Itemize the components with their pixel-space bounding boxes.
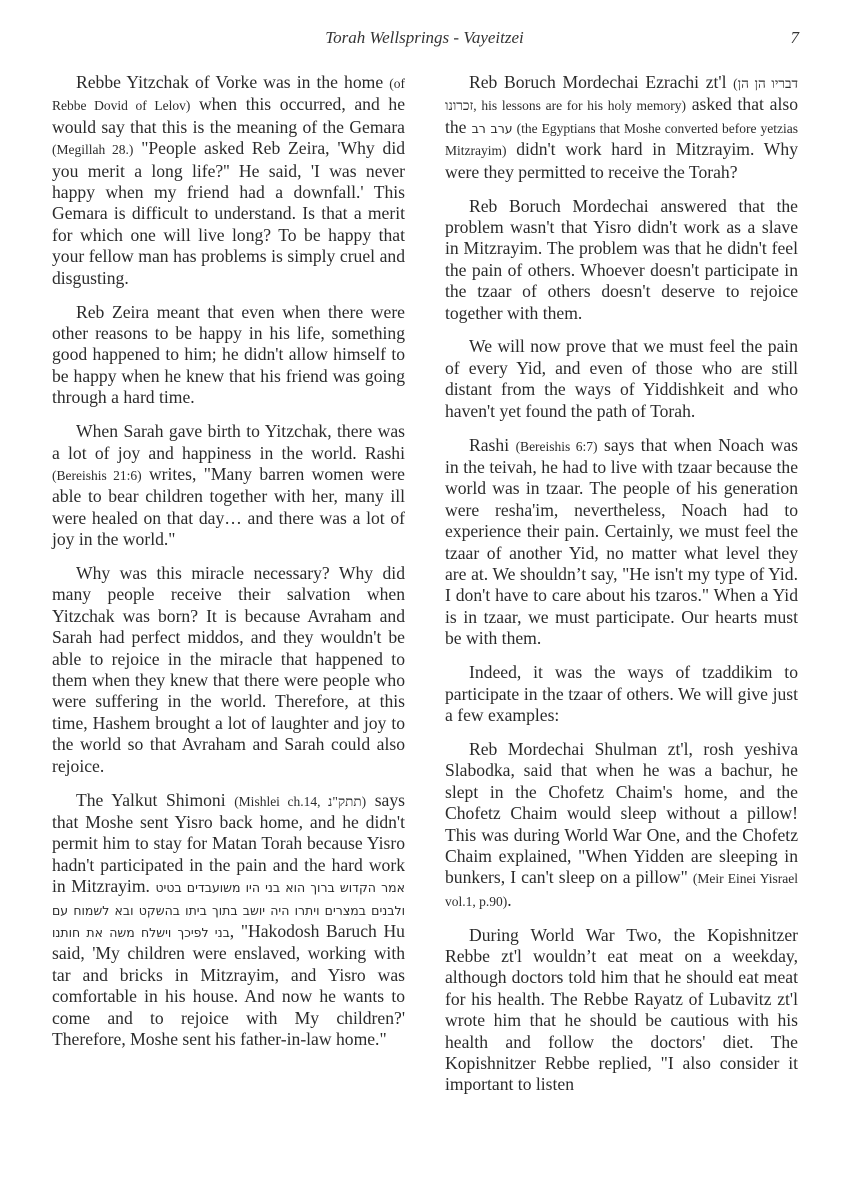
text: . (507, 890, 511, 910)
paragraph-yalkut: The Yalkut Shimoni (Mishlei ch.14, תתק"נ… (52, 790, 405, 1051)
paragraph-sarah: When Sarah gave birth to Yitzchak, there… (52, 421, 405, 550)
text: The Yalkut Shimoni (76, 790, 234, 810)
text: Rebbe Yitzchak of Vorke was in the home (76, 72, 389, 92)
citation: (Megillah 28.) (52, 142, 133, 157)
text: Reb Mordechai Shulman zt'l, rosh yeshiva… (445, 739, 798, 887)
text: When Sarah gave birth to Yitzchak, there… (52, 421, 405, 462)
text: says that when Noach was in the teivah, … (445, 435, 798, 649)
paragraph-kopishnitzer: During World War Two, the Kopishnitzer R… (445, 925, 798, 1096)
text: "People asked Reb Zeira, 'Why did you me… (52, 138, 405, 287)
paragraph-vorke: Rebbe Yitzchak of Vorke was in the home … (52, 72, 405, 289)
paragraph-tzaddikim: Indeed, it was the ways of tzaddikim to … (445, 662, 798, 726)
header-title: Torah Wellsprings - Vayeitzei (0, 28, 849, 48)
paragraph-chofetz-chaim: Reb Mordechai Shulman zt'l, rosh yeshiva… (445, 739, 798, 912)
paragraph-reb-zeira: Reb Zeira meant that even when there wer… (52, 302, 405, 409)
paragraph-answer: Reb Boruch Mordechai answered that the p… (445, 196, 798, 324)
paragraph-noach: Rashi (Bereishis 6:7) says that when Noa… (445, 435, 798, 650)
left-column: Rebbe Yitzchak of Vorke was in the home … (52, 72, 405, 1063)
citation: (Bereishis 6:7) (516, 439, 598, 454)
text: , "Hakodosh Baruch Hu said, 'My children… (52, 921, 405, 1049)
paragraph-ezrachi: Reb Boruch Mordechai Ezrachi zt'l (דבריו… (445, 72, 798, 183)
paragraph-miracle: Why was this miracle necessary? Why did … (52, 563, 405, 777)
text: Reb Boruch Mordechai Ezrachi zt'l (469, 72, 733, 92)
citation: (Bereishis 21:6) (52, 468, 142, 483)
paragraph-prove: We will now prove that we must feel the … (445, 336, 798, 422)
citation: (Mishlei ch.14, תתק"נ) (234, 794, 366, 809)
running-header: Torah Wellsprings - Vayeitzei 7 (0, 28, 849, 52)
right-column: Reb Boruch Mordechai Ezrachi zt'l (דבריו… (445, 72, 798, 1108)
page-number: 7 (791, 28, 800, 48)
hebrew-term: ערב רב (472, 121, 513, 136)
text: Rashi (469, 435, 516, 455)
